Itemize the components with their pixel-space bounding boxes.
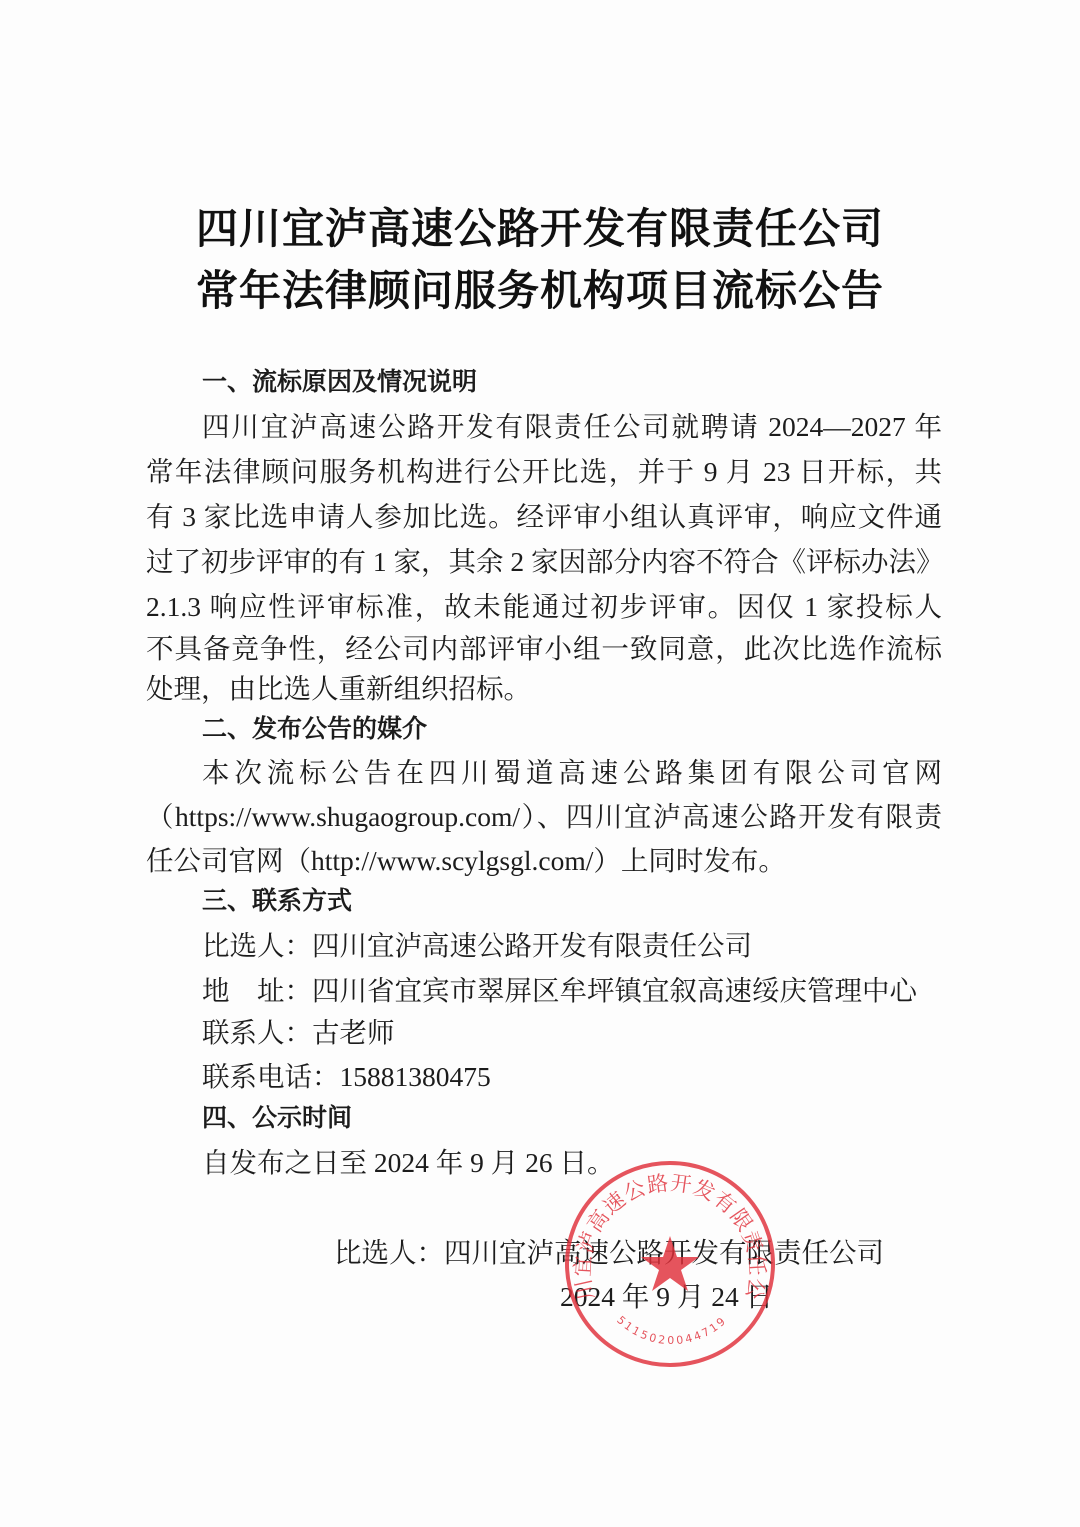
section-3-heading: 三、联系方式 <box>202 884 352 918</box>
contact-person-value: 古老师 <box>312 1017 395 1048</box>
contact-person: 联系人：古老师 <box>202 1016 395 1050</box>
contact-bidder-label: 比选人： <box>202 930 312 961</box>
section-1-line-1: 四川宜泸高速公路开发有限责任公司就聘请 2024—2027 年 <box>202 410 942 444</box>
contact-person-label: 联系人： <box>202 1017 312 1048</box>
section-1-line-2: 常年法律顾问服务机构进行公开比选，并于 9 月 23 日开标，共 <box>146 455 942 489</box>
section-4-heading: 四、公示时间 <box>202 1101 352 1135</box>
official-seal-icon: 四川宜泸高速公路开发有限责任公司 5115020044719 <box>562 1158 778 1370</box>
contact-bidder: 比选人：四川宜泸高速公路开发有限责任公司 <box>202 929 752 963</box>
contact-phone: 联系电话：15881380475 <box>202 1060 491 1094</box>
document-title-line-2: 常年法律顾问服务机构项目流标公告 <box>0 258 1080 318</box>
section-4-line-1: 自发布之日至 2024 年 9 月 26 日。 <box>202 1146 615 1180</box>
contact-address-label: 地 址： <box>202 975 312 1006</box>
section-1-line-7: 处理，由比选人重新组织招标。 <box>146 672 942 706</box>
section-1-line-3: 有 3 家比选申请人参加比选。经评审小组认真评审，响应文件通 <box>146 500 942 534</box>
contact-address: 地 址：四川省宜宾市翠屏区牟坪镇宜叙高速绥庆管理中心 <box>202 974 917 1008</box>
contact-address-value: 四川省宜宾市翠屏区牟坪镇宜叙高速绥庆管理中心 <box>312 975 917 1006</box>
section-2-heading: 二、发布公告的媒介 <box>202 712 427 746</box>
section-1-heading: 一、流标原因及情况说明 <box>202 365 477 399</box>
contact-phone-value: 15881380475 <box>340 1061 491 1092</box>
contact-bidder-value: 四川宜泸高速公路开发有限责任公司 <box>312 930 752 961</box>
svg-text:5115020044719: 5115020044719 <box>614 1313 730 1347</box>
section-1-line-5: 2.1.3 响应性评审标准，故未能通过初步评审。因仅 1 家投标人 <box>146 590 942 624</box>
section-2-line-3: 任公司官网（http://www.scylgsgl.com/）上同时发布。 <box>146 844 942 878</box>
seal-code: 5115020044719 <box>614 1313 730 1347</box>
document-title-line-1: 四川宜泸高速公路开发有限责任公司 <box>0 196 1080 256</box>
section-2-line-1: 本次流标公告在四川蜀道高速公路集团有限公司官网 <box>202 756 942 790</box>
section-1-line-4: 过了初步评审的有 1 家，其余 2 家因部分内容不符合《评标办法》 <box>146 545 942 579</box>
section-1-line-6: 不具备竞争性，经公司内部评审小组一致同意，此次比选作流标 <box>146 632 942 666</box>
document-page: 四川宜泸高速公路开发有限责任公司 常年法律顾问服务机构项目流标公告 一、流标原因… <box>0 0 1080 1527</box>
contact-phone-label: 联系电话： <box>202 1061 340 1092</box>
section-2-line-2: （https://www.shugaogroup.com/）、四川宜泸高速公路开… <box>146 800 942 834</box>
